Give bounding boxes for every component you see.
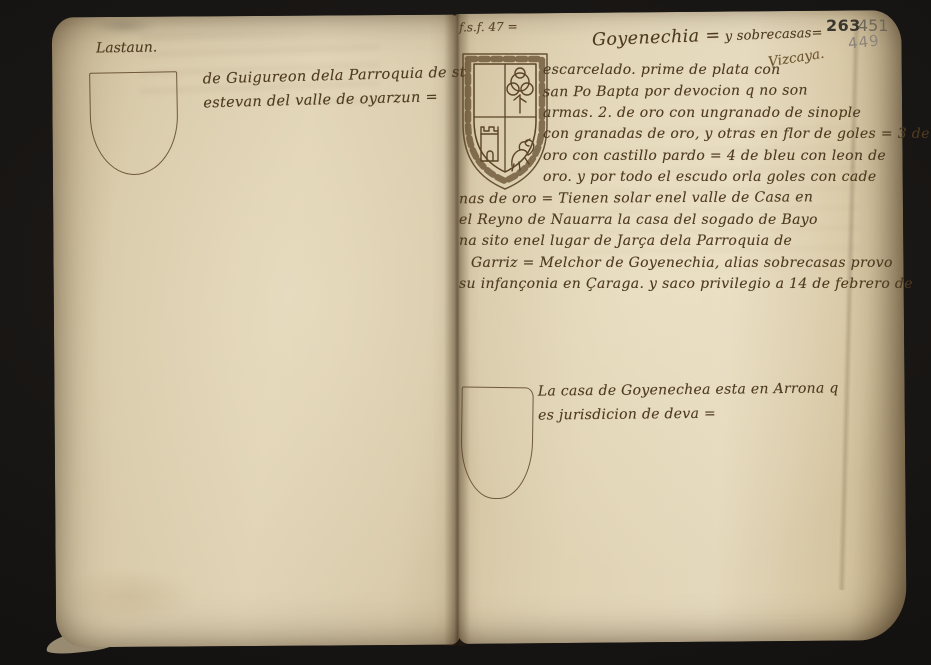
- blazon-line: armas. 2. de oro con ungranado de sinopl…: [543, 105, 914, 126]
- blazon-line: escarcelado. prime de plata con: [543, 62, 914, 83]
- blazon-line: nas de oro = Tienen solar enel valle de …: [459, 189, 914, 213]
- blazon-line: na sito enel lugar de Jarça dela Parroqu…: [459, 233, 914, 254]
- blazon-line: san Po Bapta por devocion q no son: [543, 82, 914, 106]
- folio-number-pencil: 449: [847, 31, 880, 52]
- left-page-heading: Lastaun.: [96, 39, 158, 56]
- blazon-line: oro con castillo pardo = 4 de bleu con l…: [543, 148, 914, 169]
- corner-folio-numbers: 263451: [826, 16, 888, 35]
- blazon-line: Garriz = Melchor de Goyenechia, alias so…: [471, 255, 914, 276]
- lower-note-line: La casa de Goyenechea esta en Arrona q: [538, 376, 839, 403]
- blazon-line: su infançonia en Çaraga. y saco privileg…: [459, 276, 914, 297]
- blazon-line: el Reyno de Nauarra la casa del sogado d…: [459, 212, 914, 233]
- blazon-line: oro. y por todo el escudo orla goles con…: [543, 169, 914, 190]
- blazon-line: con granadas de oro, y otras en flor de …: [543, 126, 914, 147]
- title-suffix: y sobrecasas=: [720, 26, 823, 45]
- left-page-note: de Guigureon dela Parroquia de st esteva…: [202, 61, 466, 116]
- lower-note-line: es jurisdicion de deva =: [538, 400, 839, 427]
- lower-note: La casa de Goyenechea esta en Arrona q e…: [538, 376, 839, 427]
- manuscript-scan: Lastaun. de Guigureon dela Parroquia de …: [0, 0, 931, 665]
- folio-mark: f.s.f. 47 =: [459, 19, 518, 34]
- folio-number-ink: 263: [826, 16, 861, 35]
- blazon-paragraph: escarcelado. prime de plata con san Po B…: [459, 62, 914, 297]
